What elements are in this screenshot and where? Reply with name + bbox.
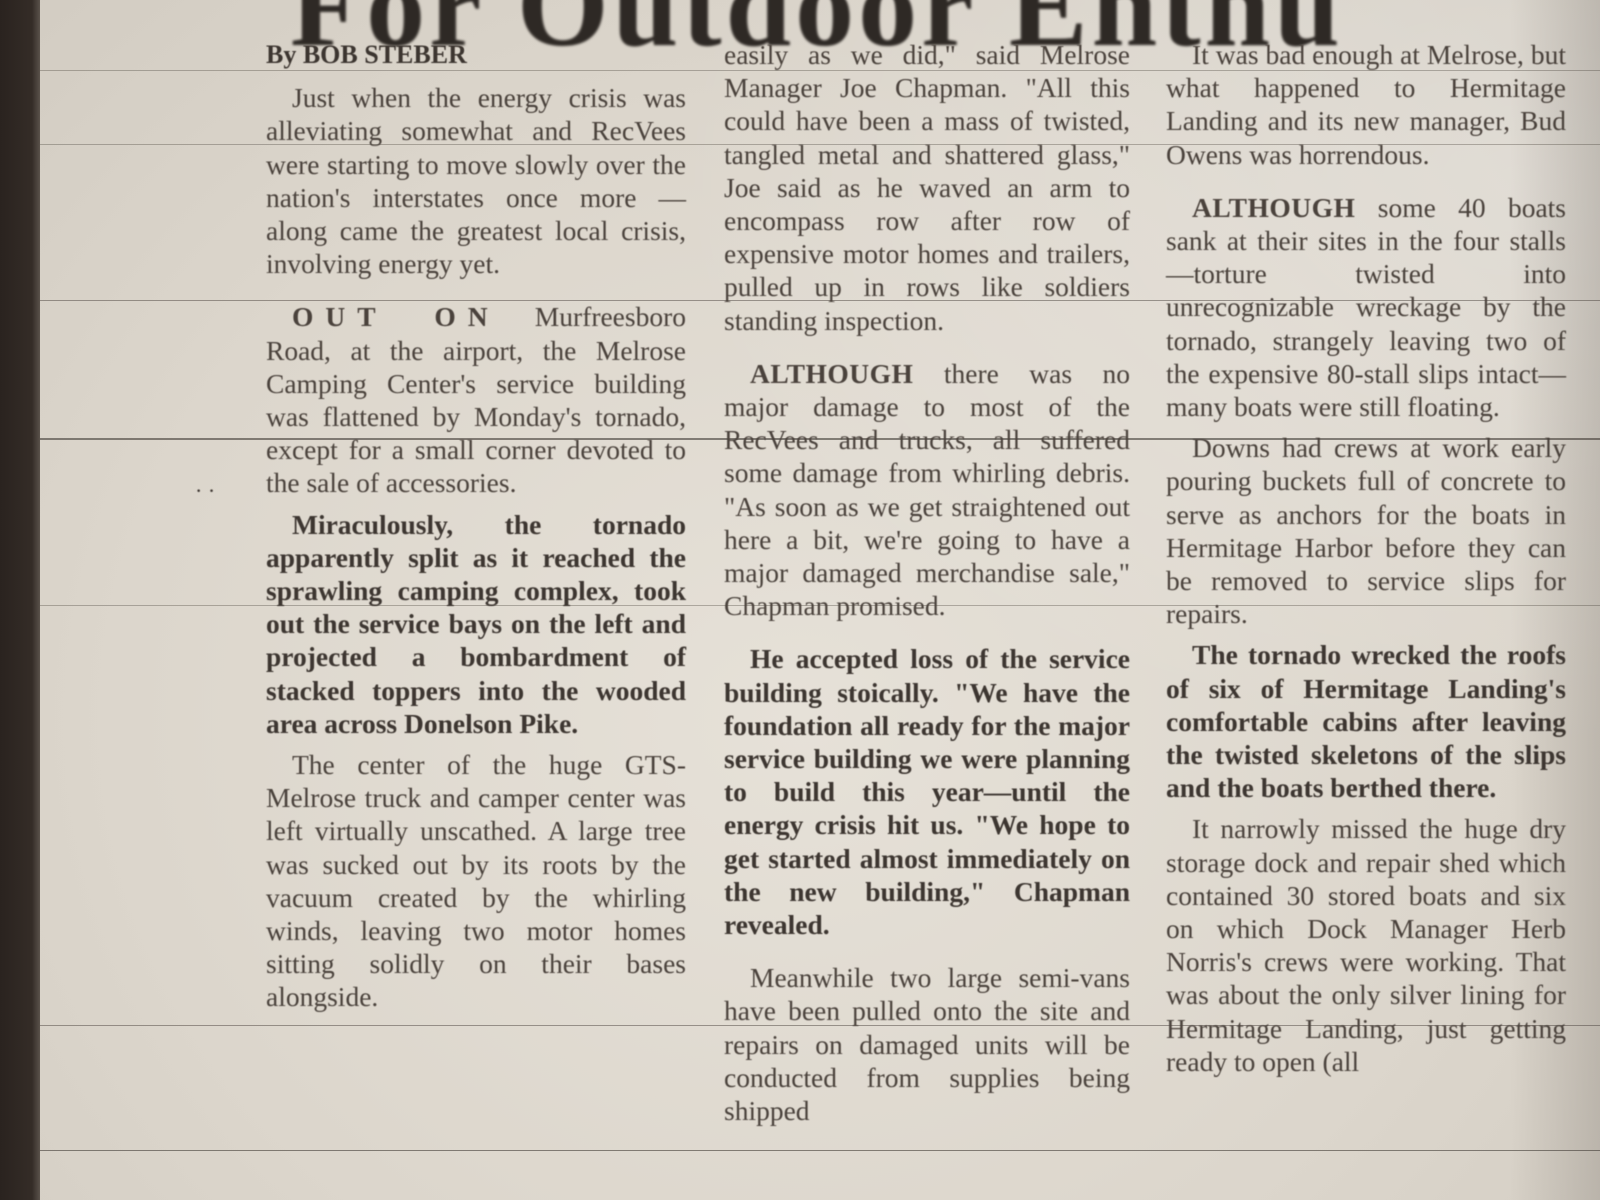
byline: By BOB STEBER — [266, 38, 686, 71]
paragraph-lead: ALTHOUGH — [750, 358, 913, 389]
paragraph-lead: ALTHOUGH — [1192, 192, 1355, 223]
paragraph-text: Meanwhile two large semi-vans have been … — [724, 962, 1130, 1126]
paragraph-text: Downs had crews at work early pouring bu… — [1166, 432, 1566, 629]
paragraph-text: some 40 boats sank at their sites in the… — [1166, 192, 1566, 422]
paragraph: It was bad enough at Melrose, but what h… — [1166, 38, 1566, 171]
paragraph-text: It was bad enough at Melrose, but what h… — [1166, 39, 1566, 170]
article-column-2: easily as we did," said Melrose Manager … — [724, 38, 1130, 1135]
paragraph-text: easily as we did," said Melrose Manager … — [724, 39, 1130, 336]
dark-page-border — [0, 0, 40, 1200]
rule-line — [40, 1150, 1600, 1151]
paragraph: He accepted loss of the service building… — [724, 642, 1130, 941]
paragraph: Just when the energy crisis was alleviat… — [266, 81, 686, 280]
paragraph: It narrowly missed the huge dry storage … — [1166, 812, 1566, 1078]
paragraph-continued: easily as we did," said Melrose Manager … — [724, 38, 1130, 337]
paragraph: OUT ON Murfreesboro Road, at the airport… — [266, 300, 686, 499]
paragraph: Miraculously, the tornado apparently spl… — [266, 508, 686, 740]
newspaper-clipping-photo: For Outdoor Enthu · · By BOB STEBER Just… — [0, 0, 1600, 1200]
paragraph-text: The center of the huge GTS-Melrose truck… — [266, 749, 686, 1012]
paragraph: The center of the huge GTS-Melrose truck… — [266, 748, 686, 1014]
article-column-3: It was bad enough at Melrose, but what h… — [1166, 38, 1566, 1086]
paragraph-text: there was no major damage to most of the… — [724, 358, 1130, 621]
paragraph: ALTHOUGH there was no major damage to mo… — [724, 357, 1130, 623]
paragraph: The tornado wrecked the roofs of six of … — [1166, 638, 1566, 804]
paragraph-text: Miraculously, the tornado apparently spl… — [266, 509, 686, 739]
paragraph-text: He accepted loss of the service building… — [724, 643, 1130, 940]
article-column-1: By BOB STEBER Just when the energy crisi… — [266, 38, 686, 1022]
margin-marks: · · — [195, 478, 215, 504]
paragraph-lead: OUT ON — [292, 301, 500, 332]
paragraph-text: The tornado wrecked the roofs of six of … — [1166, 639, 1566, 803]
paragraph: ALTHOUGH some 40 boats sank at their sit… — [1166, 191, 1566, 423]
paragraph-text: It narrowly missed the huge dry storage … — [1166, 813, 1566, 1076]
paragraph: Downs had crews at work early pouring bu… — [1166, 431, 1566, 630]
paragraph-text: Just when the energy crisis was alleviat… — [266, 82, 686, 279]
paragraph: Meanwhile two large semi-vans have been … — [724, 961, 1130, 1127]
